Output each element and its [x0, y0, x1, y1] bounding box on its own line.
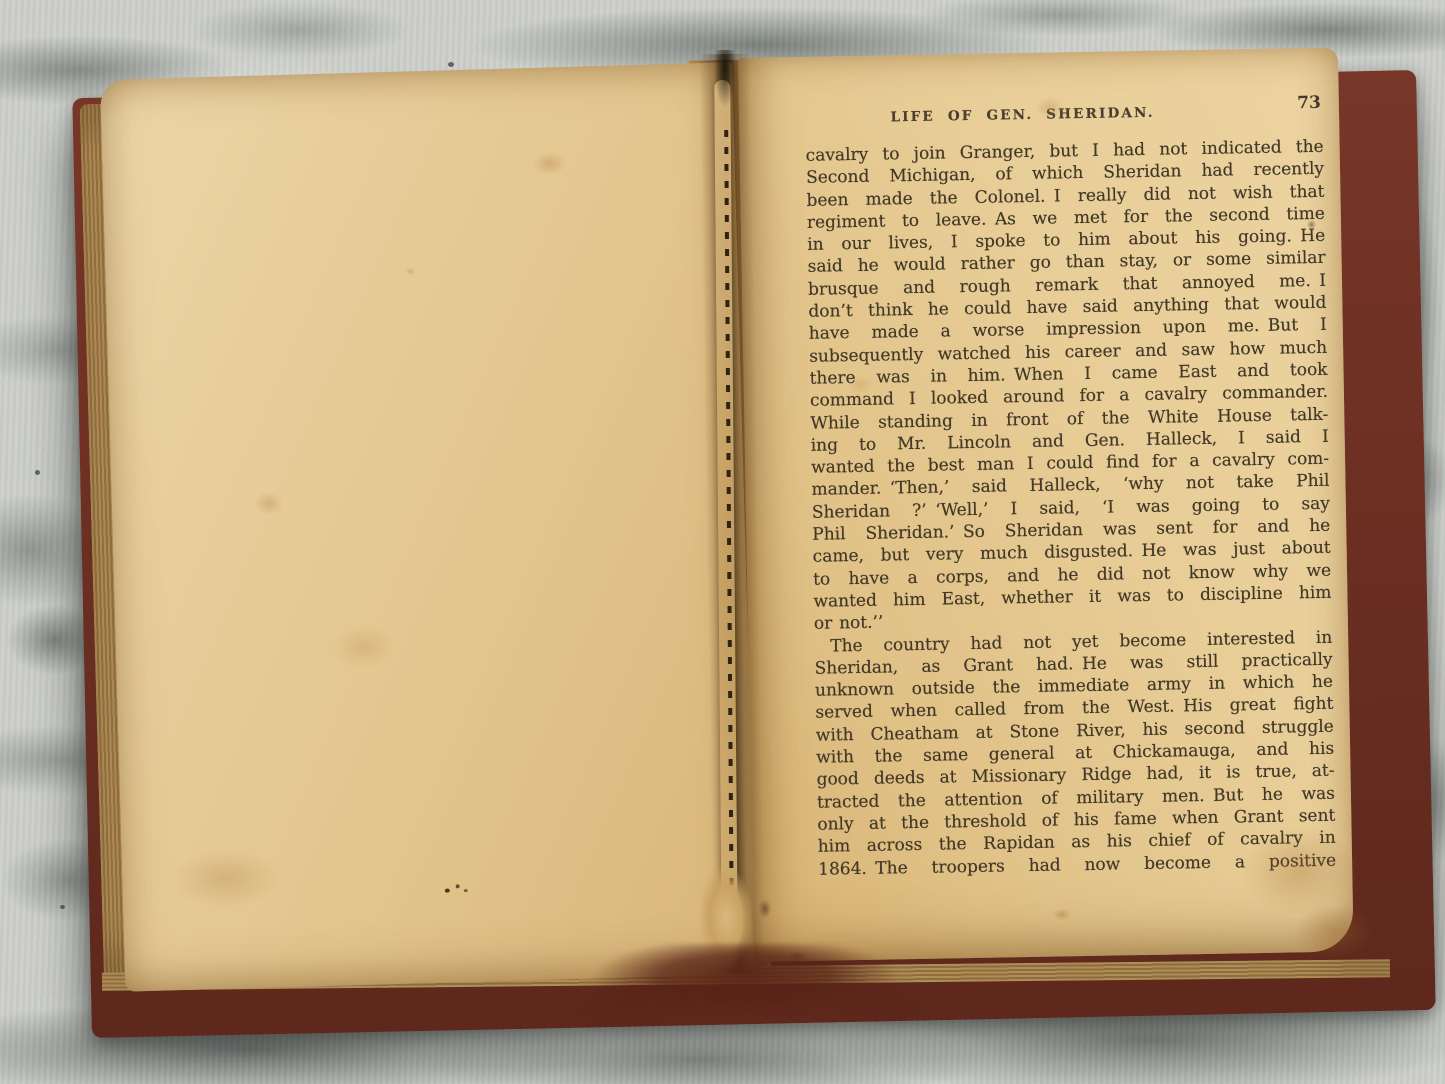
page-stain	[1053, 908, 1071, 920]
page-stain	[405, 267, 415, 275]
page-stain	[331, 624, 396, 670]
paragraph-continuation: cavalry to join Granger, but I had not i…	[806, 136, 1332, 635]
wall-speck	[448, 62, 454, 67]
ink-speck	[445, 889, 450, 893]
page-number: 73	[1297, 93, 1321, 113]
ink-speck	[456, 884, 460, 888]
page-header: LIFE OF GEN. SHERIDAN. 73	[805, 98, 1323, 131]
ink-speck	[464, 889, 468, 892]
page-stain	[170, 847, 282, 910]
frayed-spine-cloth	[840, 985, 930, 1025]
page-stain	[532, 151, 567, 176]
body-text: cavalry to join Granger, but I had not i…	[806, 136, 1337, 881]
left-page-blank	[100, 62, 757, 991]
running-title: LIFE OF GEN. SHERIDAN.	[890, 101, 1155, 130]
wall-speck	[35, 470, 40, 475]
gutter-notch-top	[714, 50, 736, 108]
frayed-spine-cloth	[560, 980, 690, 1030]
page-stain	[254, 491, 285, 516]
paragraph-new: The country had not yet become intereste…	[814, 626, 1336, 880]
right-page: LIFE OF GEN. SHERIDAN. 73 cavalry to joi…	[738, 48, 1354, 962]
book-photo-scene: LIFE OF GEN. SHERIDAN. 73 cavalry to joi…	[0, 0, 1445, 1084]
wall-speck	[60, 905, 65, 909]
